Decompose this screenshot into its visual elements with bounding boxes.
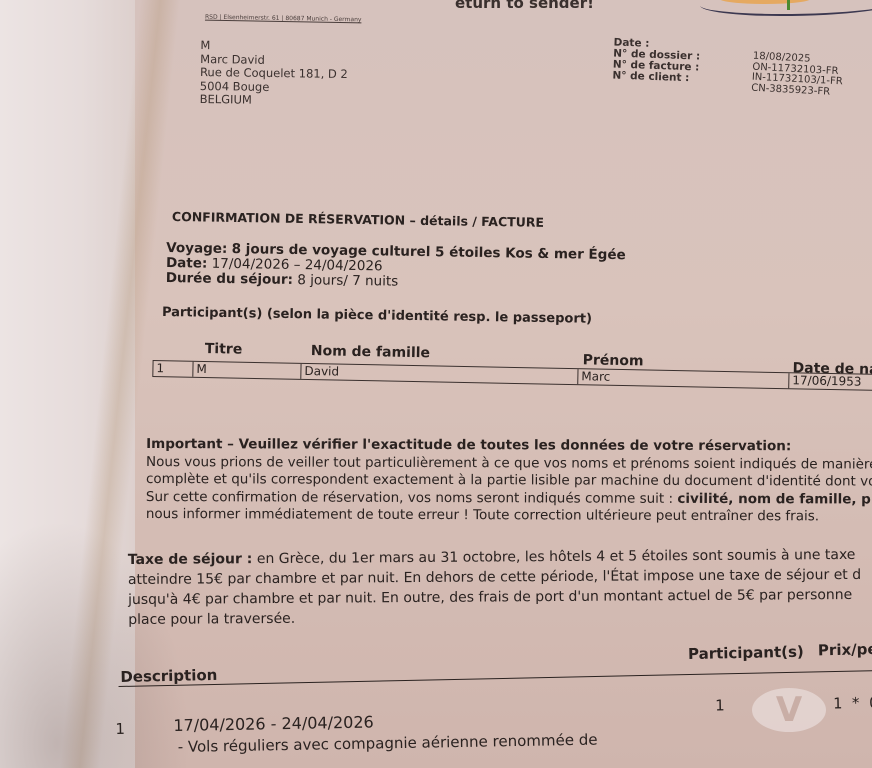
meta-values: 18/08/2025 ON-11732103-FR IN-11732103/1-… [751,52,844,99]
col-description: Description [120,666,217,686]
row-num: 1 [152,361,192,377]
row-date-naissance: 17/06/1953 [788,373,872,390]
col-titre: Titre [205,341,243,358]
important-line-4: nous informer immédiatement de toute err… [146,506,872,526]
recipient-address: M Marc David Rue de Coquelet 181, D 2 50… [200,39,349,109]
important-line-3-bold: civilité, nom de famille, p [677,490,871,507]
meta-labels: Date : N° de dossier : N° de facture : N… [612,37,700,84]
important-lead: Important – Veuillez vérifier l'exactitu… [146,436,872,456]
watermark-logo-icon: V [752,688,826,732]
col-prix: Prix/pe [818,640,872,659]
tourist-tax-notice: Taxe de séjour : en Grèce, du 1er mars a… [128,545,862,630]
trip-details: Voyage: 8 jours de voyage culturel 5 éto… [166,241,626,293]
logo-leaf-icon [787,0,790,10]
return-to-sender-text: eturn to sender! [455,0,594,12]
row-titre: M [192,362,300,379]
col-nom: Nom de famille [311,343,431,361]
duree-value: 8 jours/ 7 nuits [297,272,398,290]
important-notice: Important – Veuillez vérifier l'exactitu… [146,436,872,526]
item-dates: 17/04/2026 - 24/04/2026 [173,712,374,734]
col-participants: Participant(s) [688,643,804,663]
table-row: 1 M David Marc 17/06/1953 [152,360,872,391]
row-prenom: Marc [577,369,786,388]
item-participants: 1 [715,696,725,714]
item-price: 1 * 0, [833,694,872,713]
col-prenom: Prénom [583,352,644,369]
recipient-country: BELGIUM [200,93,348,109]
row-nom: David [300,364,574,384]
item-num: 1 [115,720,125,738]
